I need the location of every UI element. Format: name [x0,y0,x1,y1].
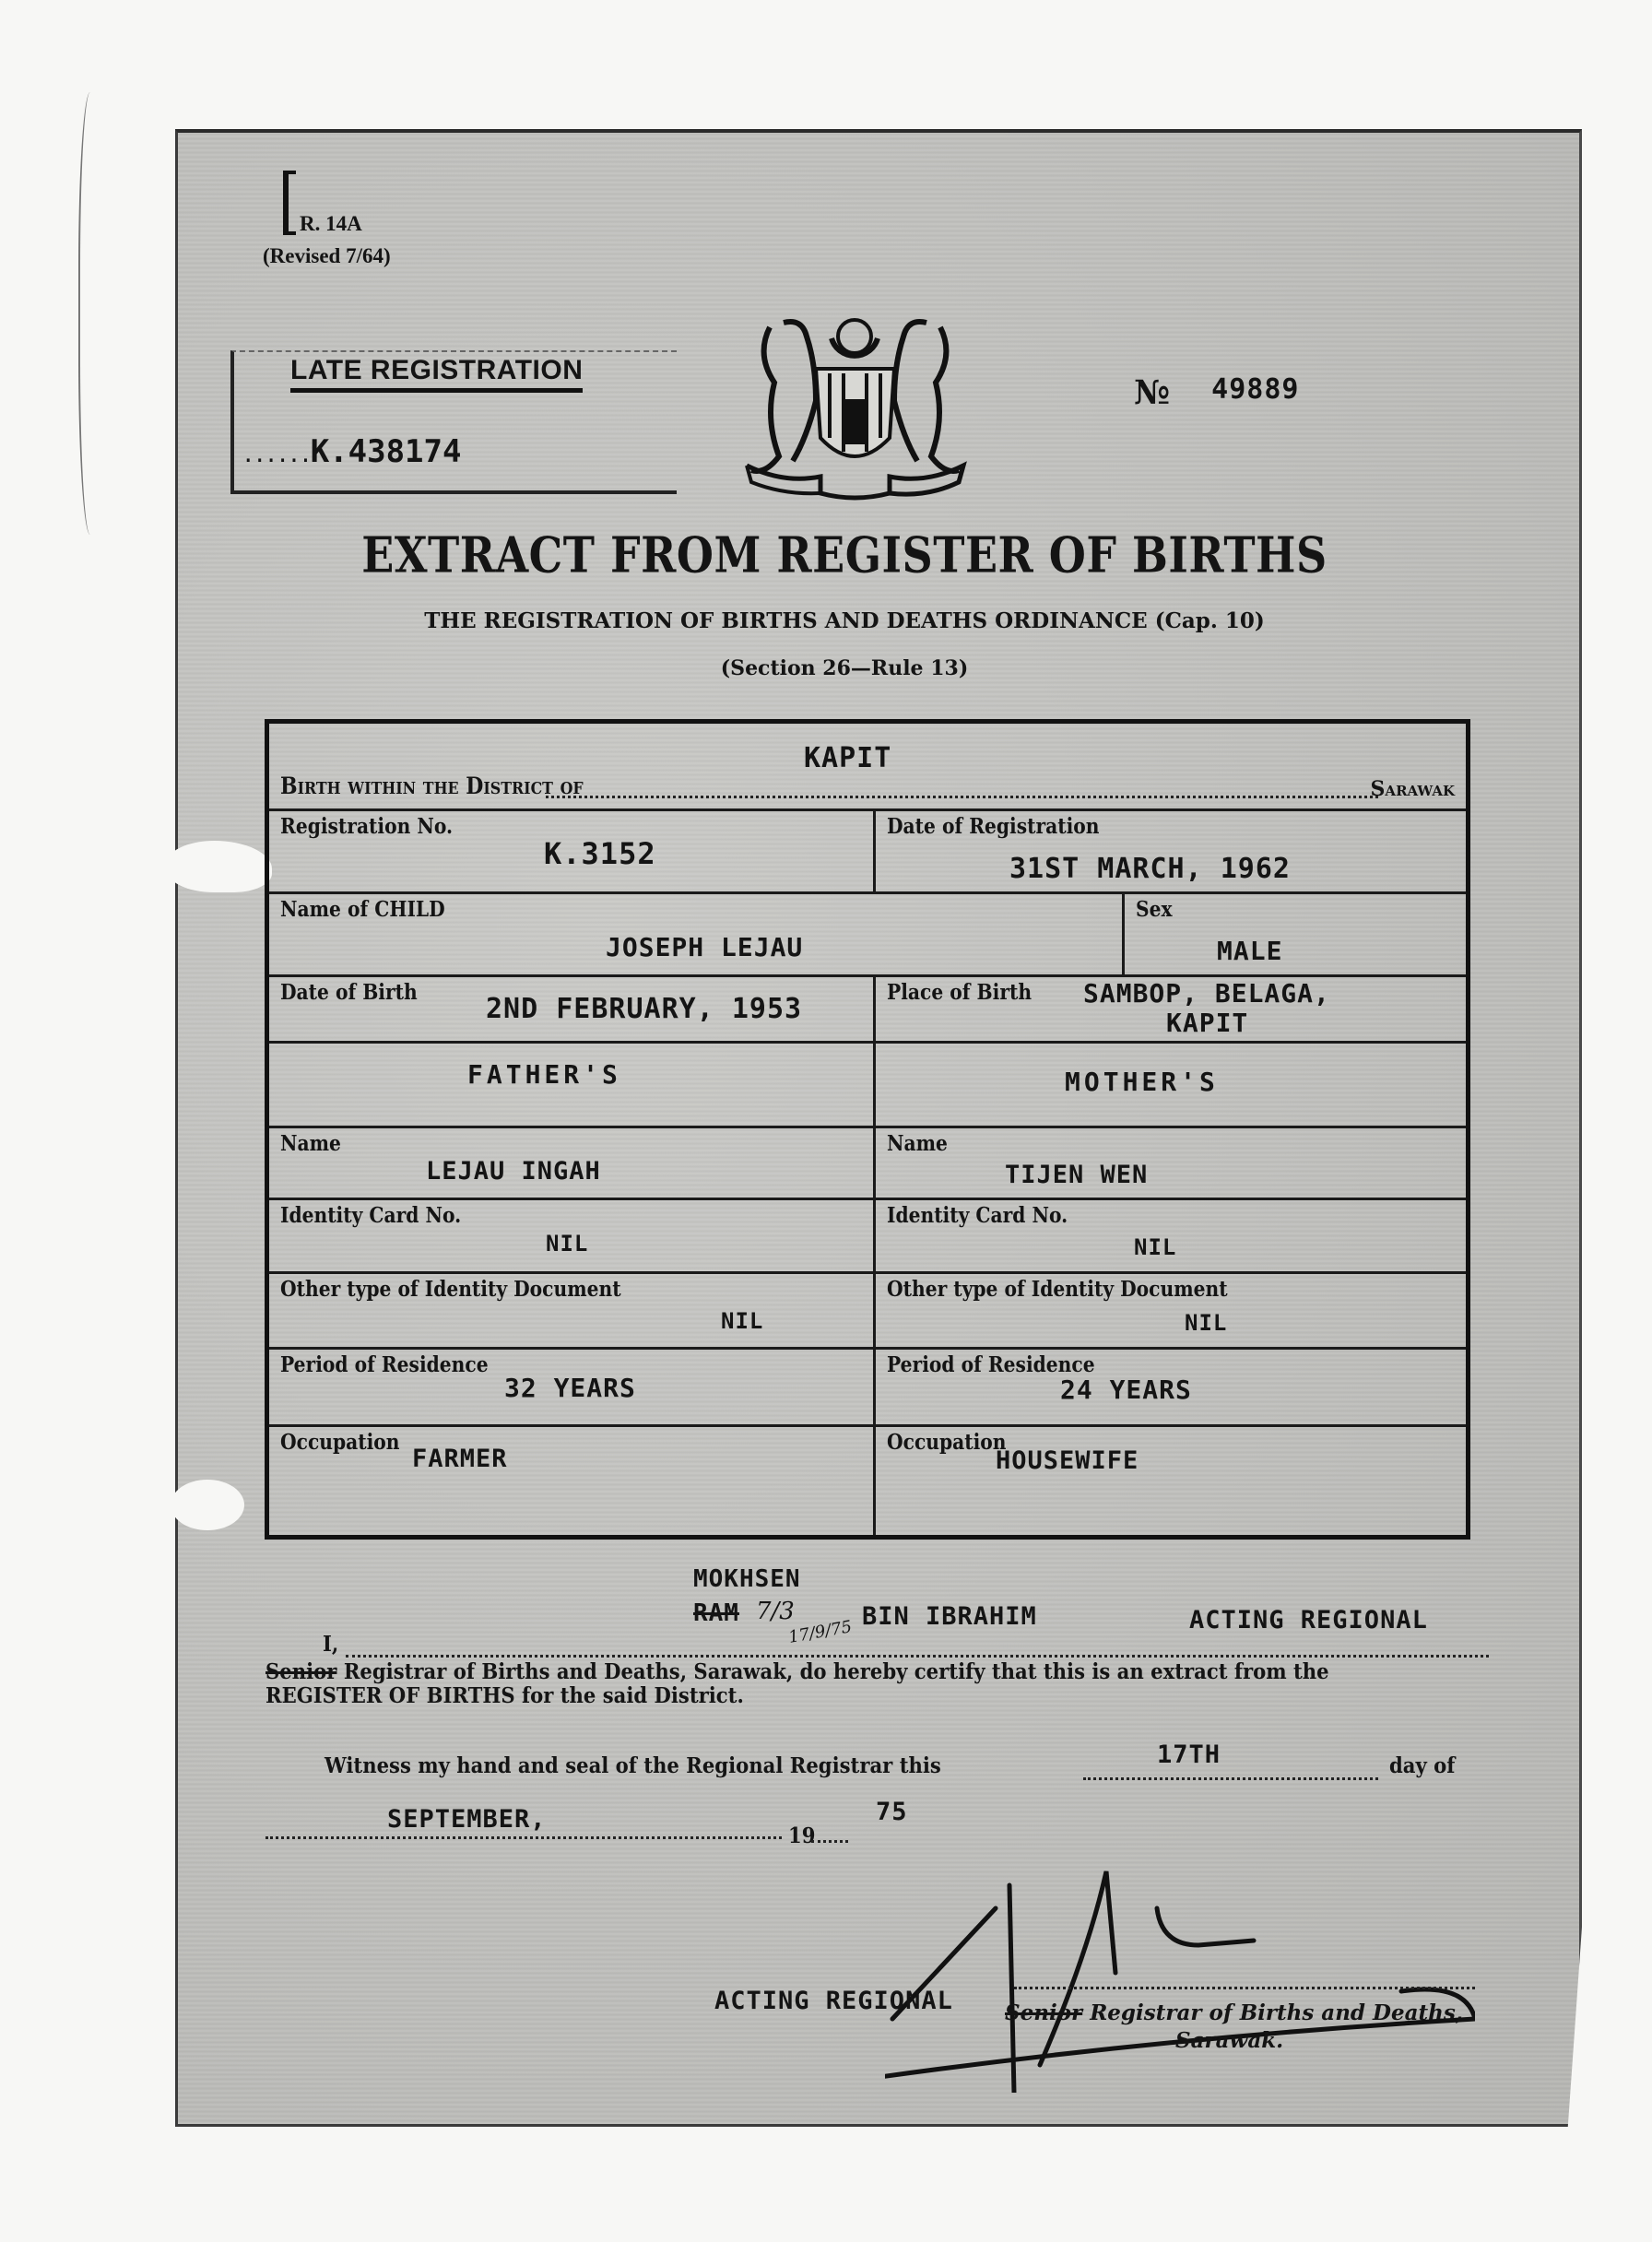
row-district: Birth within the District of KAPIT Saraw… [269,724,1466,811]
father-other-id-label: Other type of Identity Document [280,1277,621,1302]
father-residence-cell: Period of Residence 32 YEARS [269,1347,876,1424]
row-registration: Registration No. K.3152 Date of Registra… [269,808,1466,894]
document-title: EXTRACT FROM REGISTER OF BIRTHS [0,526,1652,584]
father-residence-value: 32 YEARS [504,1373,636,1403]
row-residence: Period of Residence 32 YEARS Period of R… [269,1347,1466,1427]
child-name-label: Name of CHILD [280,897,445,922]
dot-leader [546,796,1378,798]
registrar-name: BIN IBRAHIM [862,1602,1037,1631]
father-other-id-value: NIL [721,1308,763,1334]
struck-name: RAM [693,1599,739,1627]
date-of-birth-label: Date of Birth [280,980,418,1005]
certificate-number-value: 49889 [1211,373,1299,406]
struck-senior-sign: Senior [1005,2000,1082,2025]
i-label: I, [323,1632,338,1657]
dot-leader [811,1840,848,1843]
row-child: Name of CHILD JOSEPH LEJAU Sex MALE [269,891,1466,977]
place-of-birth-line1: SAMBOP, BELAGA, [1083,978,1330,1009]
father-header: FATHER'S [467,1059,621,1090]
mother-occupation-label: Occupation [887,1430,1007,1455]
father-name-value: LEJAU INGAH [426,1157,601,1186]
mother-name-value: TIJEN WEN [1005,1161,1148,1189]
late-registration-label: LATE REGISTRATION [290,355,583,393]
form-code: R. 14A [300,212,362,236]
registrar-title-text: Registrar of Births and Deaths, [1090,2000,1463,2025]
father-occupation-label: Occupation [280,1430,400,1455]
row-other-identity: Other type of Identity Document NIL Othe… [269,1271,1466,1350]
place-of-birth-line2: KAPIT [1166,1008,1248,1038]
district-value: KAPIT [804,742,891,774]
certificate-number: №49889 [1134,373,1170,412]
row-occupation: Occupation FARMER Occupation HOUSEWIFE [269,1424,1466,1535]
certify-text-line2: REGISTER OF BIRTHS for the said District… [265,1683,744,1708]
father-ic-label: Identity Card No. [280,1203,461,1228]
mother-name-label: Name [887,1131,948,1156]
sex-cell: Sex MALE [1125,891,1466,974]
mother-name-cell: Name TIJEN WEN [876,1126,1466,1198]
registration-no-label: Registration No. [280,814,453,839]
row-birth: Date of Birth 2ND FEBRUARY, 1953 Place o… [269,974,1466,1044]
sex-value: MALE [1217,936,1282,966]
date-of-birth-value: 2ND FEBRUARY, 1953 [486,993,802,1025]
mother-residence-label: Period of Residence [887,1352,1095,1377]
mother-occupation-cell: Occupation HOUSEWIFE [876,1424,1466,1535]
place-of-birth-cell: Place of Birth SAMBOP, BELAGA, KAPIT [876,974,1466,1041]
date-of-registration-label: Date of Registration [887,814,1100,839]
row-parent-headers: FATHER'S MOTHER'S [269,1041,1466,1128]
punch-hole-bottom [171,1480,244,1530]
father-ic-value: NIL [546,1231,588,1257]
month-value: SEPTEMBER, [387,1805,547,1834]
numero-sign: № [1134,373,1170,412]
father-name-cell: Name LEJAU INGAH [269,1126,876,1198]
registrar-sarawak: Sarawak. [1175,2028,1283,2053]
father-ic-cell: Identity Card No. NIL [269,1198,876,1271]
mother-residence-cell: Period of Residence 24 YEARS [876,1347,1466,1424]
sign-role-typed: ACTING REGIONAL [714,1987,953,2015]
section-reference: (Section 26—Rule 13) [0,656,1652,680]
child-name-cell: Name of CHILD JOSEPH LEJAU [269,891,1125,974]
malaysia-coat-of-arms-icon [728,300,982,507]
year-prefix: 19 [788,1823,815,1848]
dot-leader [346,1655,1489,1658]
registration-no-value: K.3152 [544,836,656,871]
mother-residence-value: 24 YEARS [1060,1375,1192,1405]
witness-text: Witness my hand and seal of the Regional… [324,1753,941,1778]
row-parent-names: Name LEJAU INGAH Name TIJEN WEN [269,1126,1466,1200]
father-other-id-cell: Other type of Identity Document NIL [269,1271,876,1347]
district-label: Birth within the District of [280,773,584,799]
struck-senior: Senior [265,1659,336,1684]
late-registration-number-value: K.438174 [311,433,462,470]
mother-header: MOTHER'S [1065,1067,1219,1097]
row-identity-card: Identity Card No. NIL Identity Card No. … [269,1198,1466,1274]
pencil-margin-line [78,92,108,535]
registration-no-cell: Registration No. K.3152 [269,808,876,891]
district-suffix: Sarawak [1371,777,1455,801]
date-of-registration-cell: Date of Registration 31ST MARCH, 1962 [876,808,1466,891]
dot-leader [1083,1777,1378,1780]
registrar-title: Senior Registrar of Births and Deaths, [1005,2000,1463,2025]
mother-ic-cell: Identity Card No. NIL [876,1198,1466,1271]
dot-leader: ...... [242,442,311,467]
father-header-cell: FATHER'S [269,1041,876,1126]
mother-other-id-cell: Other type of Identity Document NIL [876,1271,1466,1347]
form-code-text: R. 14A [300,212,362,235]
birth-register-table: Birth within the District of KAPIT Saraw… [265,719,1470,1540]
father-occupation-value: FARMER [412,1445,508,1473]
father-residence-label: Period of Residence [280,1352,489,1377]
correction-name: MOKHSEN [693,1565,801,1593]
sex-label: Sex [1136,897,1173,922]
mother-other-id-value: NIL [1185,1310,1227,1336]
day-of-label: day of [1389,1753,1455,1778]
dot-leader [265,1836,782,1839]
certify-text: Registrar of Births and Deaths, Sarawak,… [344,1659,1329,1684]
date-of-birth-cell: Date of Birth 2ND FEBRUARY, 1953 [269,974,876,1041]
day-value: 17TH [1157,1740,1221,1769]
mother-other-id-label: Other type of Identity Document [887,1277,1228,1302]
ordinance-subtitle: THE REGISTRATION OF BIRTHS AND DEATHS OR… [0,608,1652,633]
dot-leader [1014,1987,1475,1989]
registrar-role-typed: ACTING REGIONAL [1189,1606,1428,1634]
mother-header-cell: MOTHER'S [876,1041,1466,1126]
bracket-mark [283,171,296,235]
late-registration-number: ......K.438174 [242,433,461,470]
place-of-birth-label: Place of Birth [887,980,1032,1005]
mother-occupation-value: HOUSEWIFE [996,1446,1139,1475]
form-revision: (Revised 7/64) [263,244,391,268]
father-occupation-cell: Occupation FARMER [269,1424,876,1535]
certify-statement: Senior Registrar of Births and Deaths, S… [265,1659,1329,1684]
child-name-value: JOSEPH LEJAU [606,932,803,962]
mother-ic-label: Identity Card No. [887,1203,1068,1228]
date-of-registration-value: 31ST MARCH, 1962 [1009,853,1291,885]
mother-ic-value: NIL [1134,1234,1176,1260]
father-name-label: Name [280,1131,341,1156]
handwritten-initial: 7/3 [756,1598,795,1625]
